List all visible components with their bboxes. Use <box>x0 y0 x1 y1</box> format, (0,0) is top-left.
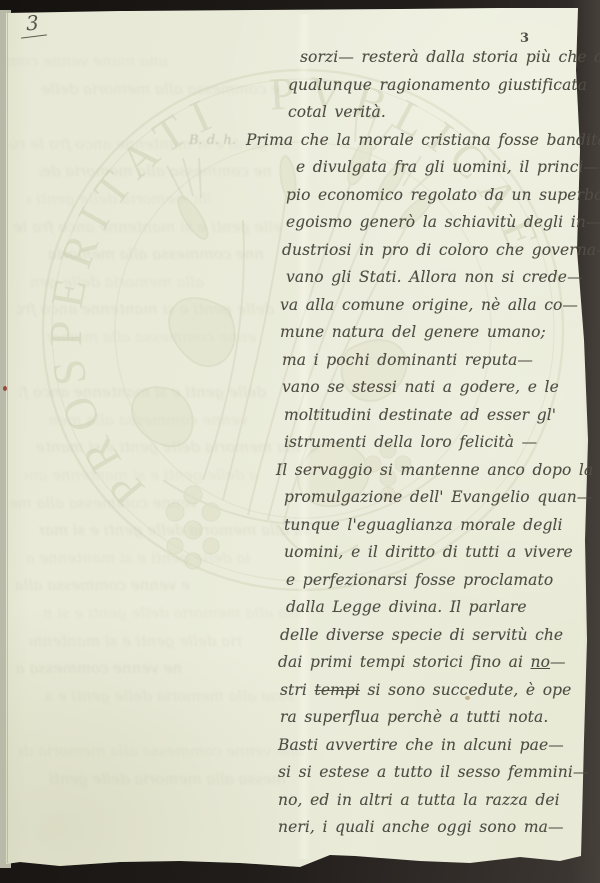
manuscript-line: delle diverse specie di servitù che <box>280 622 586 650</box>
manuscript-line: cotal verità. <box>288 99 586 127</box>
struck-word: tempi <box>314 681 359 699</box>
manuscript-line: e perfezionarsi fosse proclamato <box>286 567 586 595</box>
marginal-annotation: B. d. h. <box>189 133 236 148</box>
bleedthrough-line: ssa alla memoria delle genti e si manten… <box>42 602 302 624</box>
bleedthrough-line: delle genti e si mantenne anco fra le r <box>20 381 266 403</box>
manuscript-line: egoismo generò la schiavitù degli in— <box>286 209 586 237</box>
paper-fleck-red <box>3 386 7 391</box>
bleedthrough-line: ia delle genti e si mantenne anco fr <box>26 547 250 569</box>
manuscript-line: si si estese a tutto il sesso femmini— <box>278 759 586 787</box>
bleedthrough-line: nne commessa alla memoria delle gent <box>43 243 264 265</box>
manuscript-line: neri, i quali anche oggi sono ma— <box>278 814 586 842</box>
manuscript-line: va alla comune origine, nè alla co— <box>280 292 586 320</box>
bleedthrough-line: essa alla memoria delle genti e si mante <box>45 685 294 707</box>
manuscript-line: dustriosi in pro di coloro che governa— <box>282 237 586 265</box>
folio-number-handwritten: 3 <box>25 11 39 36</box>
text-block: sorzi— resterà dalla storia più che da—q… <box>286 44 586 842</box>
manuscript-line: ma i pochi dominanti reputa— <box>282 347 586 375</box>
manuscript-line: dalla Legge divina. Il parlare <box>286 594 586 622</box>
manuscript-line: ra superflua perchè a tutti nota. <box>280 704 586 732</box>
manuscript-line: mune natura del genere umano; <box>280 319 586 347</box>
manuscript-line: stri tempi si sono succedute, è ope <box>280 677 586 705</box>
manuscript-line: Prima che la morale cristiana fosse band… <box>246 127 586 155</box>
bleedthrough-line: alla memoria delle genti e s <box>30 271 204 293</box>
bleedthrough-line: e venne commessa alla memoria <box>13 574 190 596</box>
manuscript-line: Il servaggio si mantenne anco dopo la <box>276 457 586 485</box>
manuscript-line: promulgazione dell' Evangelio quan— <box>284 484 586 512</box>
manuscript-line: dai primi tempi storici fino ai no— <box>278 649 586 677</box>
manuscript-line: Basti avvertire che in alcuni pae— <box>278 732 586 760</box>
bleedthrough-line: venne commessa alla memoria dell <box>49 409 248 431</box>
paper-fleck-brown <box>465 696 470 700</box>
manuscript-line: sorzi— resterà dalla storia più che da— <box>300 44 586 72</box>
bleedthrough-line: a alla memoria delle genti e si mantenne… <box>36 436 318 458</box>
manuscript-line: tunque l'eguaglianza morale degli <box>284 512 586 540</box>
bleedthrough-line: delle genti e si mantenne anco fra le ru… <box>17 298 274 320</box>
manuscript-line: pio economico regolato da un superbo <box>286 182 586 210</box>
bleedthrough-line: messa alla memoria delle genti e si ma <box>48 768 286 790</box>
scanned-manuscript-page: una mane venne commessa ale commessa all… <box>0 0 600 883</box>
manuscript-line: moltitudini destinate ad esser gl' <box>284 402 586 430</box>
manuscript-line: no, ed in altri a tutta la razza dei <box>278 787 586 815</box>
bleedthrough-line: ne commessa alla memoria delle genti <box>40 160 272 182</box>
bleedthrough-line: e commessa alla memoria delle genti e s <box>37 78 280 100</box>
bleedthrough-line: lla memoria delle genti e si m <box>27 188 212 210</box>
manuscript-line: e divulgata fra gli uomini, il princi— <box>296 154 586 182</box>
underlined-word: no <box>531 653 551 671</box>
manuscript-line: uomini, e il diritto di tutti a vivere <box>284 539 586 567</box>
bleedthrough-line: sa alla memoria delle genti e si mantenn… <box>39 519 310 541</box>
manuscript-line: istrumenti della loro felicità — <box>284 429 586 457</box>
bleedthrough-line: venne commessa alla memoria d <box>10 492 198 514</box>
bleedthrough-line: elle genti e si mantenne anco fra le rui… <box>14 216 282 238</box>
bleedthrough-line: ane venne commessa alla memoria delle ge… <box>19 740 304 762</box>
bleedthrough-line: una mane venne commessa al <box>8 50 168 72</box>
bleedthrough-line: a delle genti e si mantenne anco fra l <box>23 464 258 486</box>
bleedthrough-line: ria delle genti e si mantenne anco <box>29 630 242 652</box>
manuscript-line: vano se stessi nati a godere, e le <box>282 374 586 402</box>
manuscript-line: vano gli Stati. Allora non si crede— <box>286 264 586 292</box>
bleedthrough-line: enne commessa alla memoria delle g <box>46 326 256 348</box>
bleedthrough-line: ne venne commessa alla memo <box>16 657 182 679</box>
manuscript-line: qualunque ragionamento giustificata <box>288 72 586 100</box>
